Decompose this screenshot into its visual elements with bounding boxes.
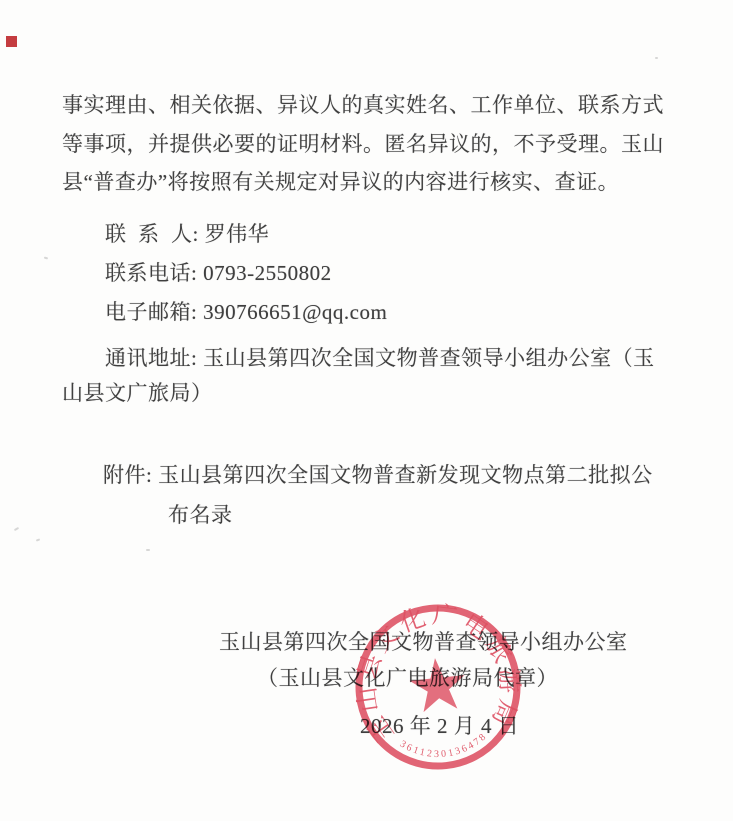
scan-artifact [44,257,48,259]
attachment-line-1: 附件: 玉山县第四次全国文物普查新发现文物点第二批拟公 [103,463,653,488]
body-paragraph-line-2: 等事项，并提供必要的证明材料。匿名异议的，不予受理。玉山 [62,132,664,157]
red-corner-scan-mark [6,36,17,47]
contact-phone-line: 联系电话: 0793-2550802 [105,261,332,286]
contact-address-line-1: 通讯地址: 玉山县第四次全国文物普查领导小组办公室（玉 [105,346,655,371]
attachment-line-2: 布名录 [168,503,233,528]
contact-person-line: 联 系 人: 罗伟华 [105,222,269,247]
scan-artifact [146,549,150,551]
contact-email-line: 电子邮箱: 390766651@qq.com [105,300,387,325]
scanned-document-page: 事实理由、相关依据、异议人的真实姓名、工作单位、联系方式 等事项，并提供必要的证… [0,0,733,821]
scan-artifact [655,57,658,59]
scan-artifact [36,538,40,541]
seal-star [408,655,468,713]
body-paragraph-line-1: 事实理由、相关依据、异议人的真实姓名、工作单位、联系方式 [62,93,664,118]
body-paragraph-line-3: 县“普查办”将按照有关规定对异议的内容进行核实、查证。 [62,170,619,195]
official-seal: 玉山县文化广电旅游局 3611230136478 [343,592,532,781]
contact-address-line-2: 山县文广旅局） [62,381,213,406]
scan-artifact [14,527,19,531]
